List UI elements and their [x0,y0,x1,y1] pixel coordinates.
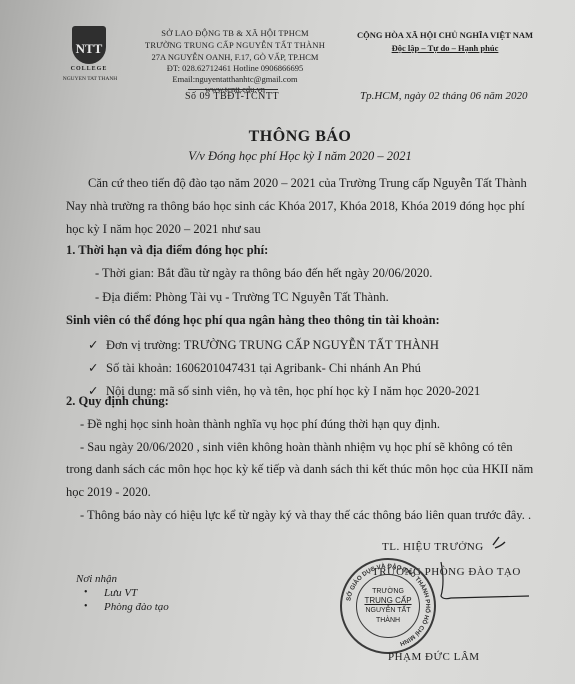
logo-monogram: NTT [72,26,106,64]
recipient-item: Phòng đào tạo [104,601,169,613]
section1-item: - Thời gian: Bắt đầu từ ngày ra thông bá… [95,266,432,281]
document-date: Tp.HCM, ngày 02 tháng 06 năm 2020 [360,90,527,102]
section2-line: học 2019 - 2020. [66,485,151,500]
logo-college-label: COLLEGE [66,66,112,72]
school-crest-icon: NTT COLLEGE NGUYEN TAT THANH [66,26,112,88]
section2-line: - Sau ngày 20/06/2020 , sinh viên không … [80,440,513,455]
bank-heading: Sinh viên có thể đóng học phí qua ngân h… [66,313,440,328]
notice-document: NTT COLLEGE NGUYEN TAT THANH SỞ LAO ĐỘNG… [0,0,575,684]
bullet-icon: • [84,601,88,612]
section2-line: trong danh sách các môn học học kỳ kế ti… [66,462,533,477]
section2-line: - Thông báo này có hiệu lực kể từ ngày k… [80,508,531,523]
nation-title: CỘNG HÒA XÃ HỘI CHỦ NGHĨA VIỆT NAM [330,30,560,40]
section1-heading: 1. Thời hạn và địa điểm đóng học phí: [66,243,268,258]
intro-line: Căn cứ theo tiến độ đào tạo năm 2020 – 2… [88,176,527,191]
page-title: THÔNG BÁO [0,128,575,146]
school-address: 27A NGUYỄN OANH, F.17, GÒ VẤP, TP.HCM [130,52,340,62]
bank-item: ✓Số tài khoản: 1606201047431 tại Agriban… [88,360,421,376]
bullet-icon: • [84,587,88,598]
recipients-label: Nơi nhận [76,573,117,585]
nation-motto: Độc lập – Tự do – Hạnh phúc [330,43,560,53]
bank-item: ✓Đơn vị trường: TRƯỜNG TRUNG CẤP NGUYỄN … [88,337,439,353]
recipient-item: Lưu VT [104,587,137,599]
intro-line: học kỳ I năm học 2020 – 2021 như sau [66,222,261,237]
school-email: Email:nguyentatthanhtc@gmail.com [130,74,340,84]
signer-name: PHẠM ĐỨC LÂM [388,651,480,663]
section2-heading: 2. Quy định chung: [66,394,169,409]
ministry-name: SỞ LAO ĐỘNG TB & XÃ HỘI TPHCM [130,28,340,38]
handwritten-signature [405,530,535,610]
document-number: Số 09 TBĐT-TCNTT [185,91,279,102]
section1-item: - Địa điểm: Phòng Tài vụ - Trường TC Ngu… [95,290,389,305]
section2-line: - Đề nghị học sinh hoàn thành nghĩa vụ h… [80,417,440,432]
logo-school-name: NGUYEN TAT THANH [62,76,118,82]
intro-line: Nay nhà trường ra thông báo học sinh các… [66,199,525,214]
school-phone: ĐT: 028.62712461 Hotline 0906866695 [130,63,340,73]
header-divider [188,89,278,90]
check-icon: ✓ [88,337,106,353]
school-name: TRƯỜNG TRUNG CẤP NGUYỄN TẤT THÀNH [130,40,340,50]
check-icon: ✓ [88,360,106,376]
page-subtitle: V/v Đóng học phí Học kỳ I năm 2020 – 202… [0,149,575,164]
